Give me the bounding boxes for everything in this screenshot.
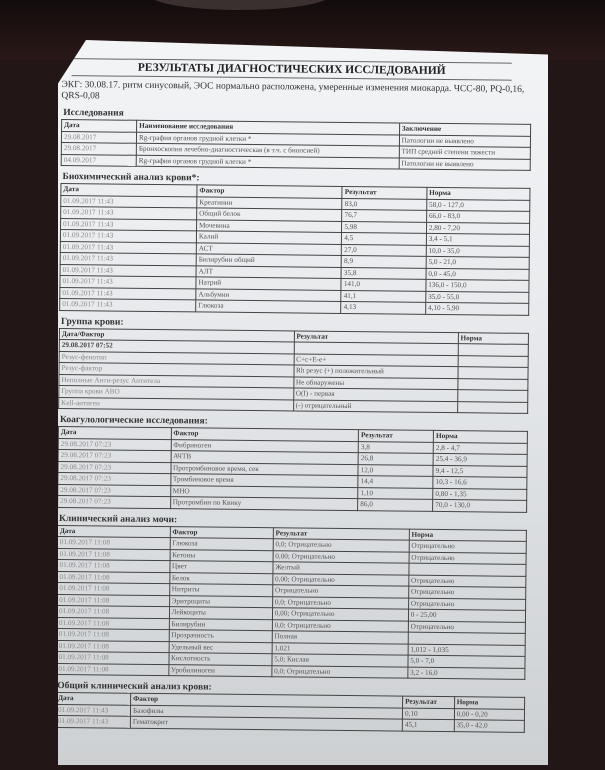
table-cell: 29.08.2017 (61, 142, 136, 154)
table-cell: 12,0 (358, 464, 433, 476)
table-cell: 45,1 (402, 719, 454, 731)
table-cell: 01.09.2017 11:08 (56, 663, 169, 676)
table-cell: 04.09.2017 (61, 154, 136, 166)
table-cell: 2,8 - 4,7 (433, 442, 527, 454)
table-cell: 27,0 (342, 244, 427, 256)
column-header: Дата (62, 120, 137, 132)
table-cell: 1,10 (358, 487, 433, 499)
table-cell: 86,0 (358, 499, 433, 511)
table-cell: 141,0 (341, 278, 426, 290)
document-content: РЕЗУЛЬТАТЫ ДИАГНОСТИЧЕСКИХ ИССЛЕДОВАНИЙ … (55, 40, 542, 732)
table-cell: 01.09.2017 11:43 (55, 704, 130, 716)
table-cell: 01.09.2017 11:43 (55, 715, 130, 727)
coag-table: ДатаФакторРезультатНорма29.08.2017 07:23… (57, 426, 528, 512)
document-title: РЕЗУЛЬТАТЫ ДИАГНОСТИЧЕСКИХ ИССЛЕДОВАНИЙ (72, 58, 512, 81)
table-cell: 14,4 (358, 476, 433, 488)
table-cell: 0,80 - 1,35 (433, 488, 527, 500)
cbc-table: ДатаФакторРезультатНорма01.09.2017 11:43… (55, 692, 525, 732)
column-header: Результат (403, 696, 455, 708)
table-cell: 4,5 (342, 232, 427, 244)
table-cell: 35,0 - 42,0 (454, 720, 524, 732)
table-cell: 4,10 - 5,90 (425, 302, 528, 315)
paper-sheet: РЕЗУЛЬТАТЫ ДИАГНОСТИЧЕСКИХ ИССЛЕДОВАНИЙ … (58, 40, 548, 765)
table-cell: 35,8 (341, 267, 426, 279)
table-cell: 25,4 - 36,9 (433, 453, 527, 465)
table-cell: 0,10 (402, 708, 454, 720)
table-cell (458, 378, 528, 390)
table-cell (457, 401, 527, 413)
column-header: Результат (342, 186, 427, 198)
table-cell: Патологии не выявлено (399, 158, 530, 171)
table-cell: Kell-антиген (59, 397, 294, 411)
table-cell: 76,7 (342, 209, 427, 221)
table-cell: 8,9 (342, 255, 427, 267)
table-cell: 3,2 - 16,0 (408, 667, 525, 680)
urine-table: ДатаФакторРезультатНорма01.09.2017 11:08… (55, 524, 527, 679)
blood-group-table: Дата/ФакторРезультатНорма29.08.2017 07:5… (58, 327, 529, 413)
biochem-table: ДатаФакторРезультатНорма01.09.2017 11:43… (59, 183, 530, 315)
table-cell: 26,8 (358, 453, 433, 465)
ekg-summary: ЭКГ: 30.08.17. ритм синусовый, ЭОС норма… (61, 80, 541, 107)
table-cell (458, 367, 528, 379)
table-cell: (-) отрицательный (293, 399, 457, 412)
table-cell: Rg-графия органов грудной клетки * (136, 155, 399, 169)
table-cell: 3,8 (358, 441, 433, 453)
column-header: Дата (56, 692, 131, 704)
studies-table: ДатаНаименование исследованияЗаключение2… (61, 119, 531, 171)
table-cell: 29.08.2017 (61, 131, 136, 143)
column-header: Норма (458, 332, 528, 344)
table-cell: Протромбин по Квику (170, 497, 358, 510)
table-cell: 29.08.2017 07:23 (58, 495, 171, 508)
column-header: Норма (433, 430, 527, 442)
table-cell: 10,3 - 16,6 (433, 476, 527, 488)
table-cell: 01.09.2017 11:43 (60, 298, 196, 311)
table-cell: 9,4 - 12,5 (433, 465, 527, 477)
table-cell (457, 390, 527, 402)
column-header: Результат (358, 430, 433, 442)
column-header: Норма (454, 697, 524, 709)
table-cell (458, 344, 528, 356)
table-cell: 41,1 (341, 290, 426, 302)
table-cell: Глюкоза (196, 300, 341, 313)
table-cell: 5,98 (342, 221, 427, 233)
table-cell: 0,00 - 0,20 (454, 708, 524, 720)
table-cell (458, 355, 528, 367)
table-cell: 4,13 (341, 301, 426, 313)
table-cell: 70,0 - 130,0 (433, 499, 527, 511)
table-cell: Уробилиноген (168, 664, 271, 677)
table-cell: 0,0; Отрицательно (272, 665, 408, 678)
table-cell: Гематокрит (130, 716, 402, 730)
table-cell: 83,0 (342, 198, 427, 210)
